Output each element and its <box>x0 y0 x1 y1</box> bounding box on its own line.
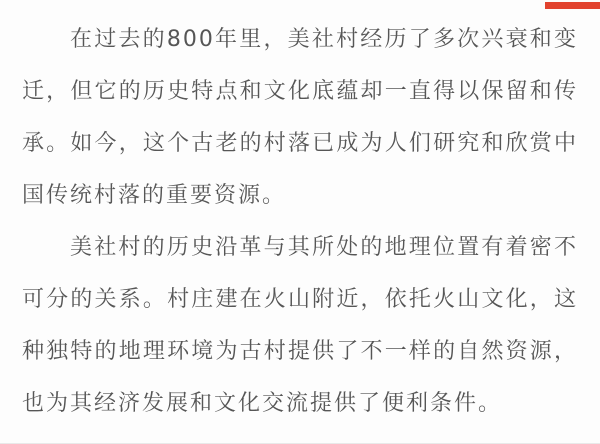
text-line: 国传统村落的重要资源。 <box>22 170 578 222</box>
text-line: 在过去的800年里，美社村经历了多次兴衰和变 <box>22 14 578 66</box>
text-line: 可分的关系。村庄建在火山附近，依托火山文化，这 <box>22 274 578 326</box>
text-line: 迁，但它的历史特点和文化底蕴却一直得以保留和传 <box>22 66 578 118</box>
document-page: { "page": { "background_color": "#fdfdfd… <box>0 0 600 444</box>
text-line: 种独特的地理环境为古村提供了不一样的自然资源， <box>22 326 578 378</box>
text-line: 美社村的历史沿革与其所处的地理位置有着密不 <box>22 222 578 274</box>
document-body: 在过去的800年里，美社村经历了多次兴衰和变 迁，但它的历史特点和文化底蕴却一直… <box>22 14 578 430</box>
text-line: 承。如今，这个古老的村落已成为人们研究和欣赏中 <box>22 118 578 170</box>
paragraph: 在过去的800年里，美社村经历了多次兴衰和变 迁，但它的历史特点和文化底蕴却一直… <box>22 14 578 222</box>
red-accent-bar <box>545 2 600 9</box>
paragraph: 美社村的历史沿革与其所处的地理位置有着密不 可分的关系。村庄建在火山附近，依托火… <box>22 222 578 430</box>
text-line: 也为其经济发展和文化交流提供了便利条件。 <box>22 378 578 430</box>
